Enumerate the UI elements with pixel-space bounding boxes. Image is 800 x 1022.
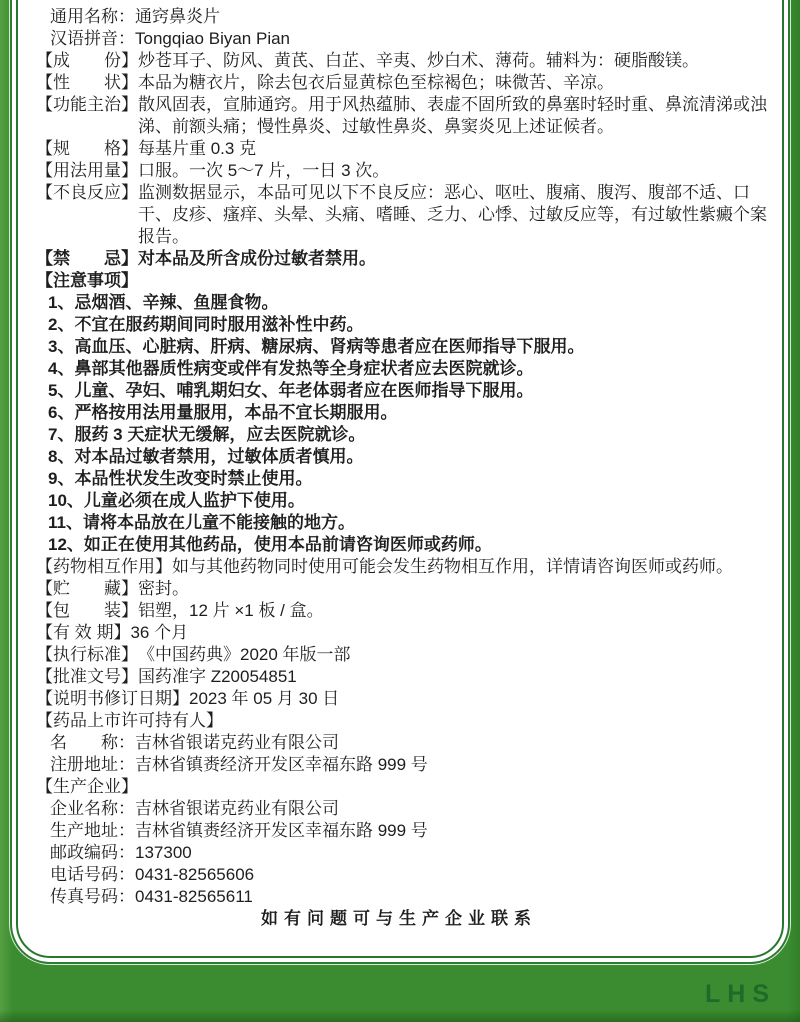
leaflet-page: { "colors": { "page_green": "#3b8c30", "… [0,0,800,1022]
precaution-item-7: 7、服药 3 天症状无缓解，应去医院就诊。 [36,424,768,446]
row-text: 吉林省镇赉经济开发区幸福东路 999 号 [135,820,768,842]
manufacturer-name-row: 企业名称：吉林省银诺克药业有限公司 [36,798,768,820]
row-text: 0431-82565606 [135,864,768,886]
precaution-item-10: 10、儿童必须在成人监护下使用。 [36,490,768,512]
row-text: 吉林省镇赉经济开发区幸福东路 999 号 [135,754,768,776]
row-text: 12、如正在使用其他药品，使用本品前请咨询医师或药师。 [48,534,768,556]
row-text: 137300 [135,842,768,864]
row-text: 0431-82565611 [135,886,768,908]
pinyin-row: 汉语拼音：Tongqiao Biyan Pian [36,28,768,50]
row-label: 【生产企业】 [36,776,138,798]
row-text: 6、严格按用法用量服用，本品不宜长期服用。 [48,402,768,424]
package-row: 【包 装】铝塑，12 片 ×1 板 / 盒。 [36,600,768,622]
row-label: 【用法用量】 [36,160,138,182]
precaution-item-11: 11、请将本品放在儿童不能接触的地方。 [36,512,768,534]
row-text: 口服。一次 5～7 片，一日 3 次。 [138,160,768,182]
contraindication-row: 【禁 忌】对本品及所含成份过敏者禁用。 [36,248,768,270]
row-label: 【有 效 期】 [36,622,130,644]
row-text: 7、服药 3 天症状无缓解，应去医院就诊。 [48,424,768,446]
precaution-item-8: 8、对本品过敏者禁用，过敏体质者慎用。 [36,446,768,468]
row-text: 4、鼻部其他器质性病变或伴有发热等全身症状者应去医院就诊。 [48,358,768,380]
precaution-item-3: 3、高血压、心脏病、肝病、糖尿病、肾病等患者应在医师指导下服用。 [36,336,768,358]
standard-row: 【执行标准】《中国药典》2020 年版一部 [36,644,768,666]
row-label: 【执行标准】 [36,644,138,666]
holder-name-row: 名 称：吉林省银诺克药业有限公司 [36,732,768,754]
precaution-item-4: 4、鼻部其他器质性病变或伴有发热等全身症状者应去医院就诊。 [36,358,768,380]
specification-row: 【规 格】每基片重 0.3 克 [36,138,768,160]
row-label: 【包 装】 [36,600,138,622]
row-text: 如有问题可与生产企业联系 [261,909,537,928]
brand-watermark: LHS [705,980,776,1009]
storage-row: 【贮 藏】密封。 [36,578,768,600]
precaution-item-12: 12、如正在使用其他药品，使用本品前请咨询医师或药师。 [36,534,768,556]
row-text: 8、对本品过敏者禁用，过敏体质者慎用。 [48,446,768,468]
dosage-row: 【用法用量】口服。一次 5～7 片，一日 3 次。 [36,160,768,182]
row-label: 【规 格】 [36,138,138,160]
row-label: 传真号码： [50,886,135,908]
row-text: Tongqiao Biyan Pian [135,28,768,50]
revision-date-row: 【说明书修订日期】2023 年 05 月 30 日 [36,688,768,710]
precaution-item-9: 9、本品性状发生改变时禁止使用。 [36,468,768,490]
row-text: 1、忌烟酒、辛辣、鱼腥食物。 [48,292,768,314]
precaution-item-2: 2、不宜在服药期间同时服用滋补性中药。 [36,314,768,336]
row-label: 【性 状】 [36,72,138,94]
indications-row: 【功能主治】散风固表，宣肺通窍。用于风热蕴肺、表虚不固所致的鼻塞时轻时重、鼻流清… [36,94,768,138]
row-text: 《中国药典》2020 年版一部 [138,644,768,666]
postal-code-row: 邮政编码：137300 [36,842,768,864]
adverse-reactions-row: 【不良反应】监测数据显示，本品可见以下不良反应：恶心、呕吐、腹痛、腹泻、腹部不适… [36,182,768,248]
row-label: 【功能主治】 [36,94,138,116]
row-text: 5、儿童、孕妇、哺乳期妇女、年老体弱者应在医师指导下服用。 [48,380,768,402]
row-label: 邮政编码： [50,842,135,864]
fax-row: 传真号码：0431-82565611 [36,886,768,908]
drug-interactions-row: 【药物相互作用】如与其他药物同时使用可能会发生药物相互作用，详情请咨询医师或药师… [36,556,768,578]
row-label: 名 称： [50,732,135,754]
row-text: 9、本品性状发生改变时禁止使用。 [48,468,768,490]
row-text: 监测数据显示，本品可见以下不良反应：恶心、呕吐、腹痛、腹泻、腹部不适、口干、皮疹… [138,182,768,248]
row-text: 对本品及所含成份过敏者禁用。 [138,248,768,270]
row-label: 生产地址： [50,820,135,842]
holder-address-row: 注册地址：吉林省镇赉经济开发区幸福东路 999 号 [36,754,768,776]
manufacturer-header-row: 【生产企业】 [36,776,768,798]
precaution-item-5: 5、儿童、孕妇、哺乳期妇女、年老体弱者应在医师指导下服用。 [36,380,768,402]
row-label: 【不良反应】 [36,182,138,204]
row-text: 10、儿童必须在成人监护下使用。 [48,490,768,512]
precautions-header-row: 【注意事项】 [36,270,768,292]
row-text: 国药准字 Z20054851 [138,666,768,688]
character-row: 【性 状】本品为糖衣片，除去包衣后显黄棕色至棕褐色；味微苦、辛凉。 [36,72,768,94]
row-label: 通用名称： [50,6,135,28]
row-text: 炒苍耳子、防风、黄芪、白芷、辛夷、炒白术、薄荷。辅料为：硬脂酸镁。 [138,50,768,72]
phone-row: 电话号码：0431-82565606 [36,864,768,886]
manufacturer-address-row: 生产地址：吉林省镇赉经济开发区幸福东路 999 号 [36,820,768,842]
ingredients-row: 【成 份】炒苍耳子、防风、黄芪、白芷、辛夷、炒白术、薄荷。辅料为：硬脂酸镁。 [36,50,768,72]
precaution-item-1: 1、忌烟酒、辛辣、鱼腥食物。 [36,292,768,314]
row-text: 3、高血压、心脏病、肝病、糖尿病、肾病等患者应在医师指导下服用。 [48,336,768,358]
row-label: 【成 份】 [36,50,138,72]
row-label: 【药物相互作用】 [36,556,172,578]
row-label: 【禁 忌】 [36,248,138,270]
row-label: 【说明书修订日期】 [36,688,189,710]
row-text: 吉林省银诺克药业有限公司 [135,798,768,820]
row-label: 企业名称： [50,798,135,820]
precaution-item-6: 6、严格按用法用量服用，本品不宜长期服用。 [36,402,768,424]
row-text: 2、不宜在服药期间同时服用滋补性中药。 [48,314,768,336]
row-text: 吉林省银诺克药业有限公司 [135,732,768,754]
row-text: 如与其他药物同时使用可能会发生药物相互作用，详情请咨询医师或药师。 [172,556,768,578]
row-label: 【批准文号】 [36,666,138,688]
row-text: 本品为糖衣片，除去包衣后显黄棕色至棕褐色；味微苦、辛凉。 [138,72,768,94]
row-text: 36 个月 [130,622,768,644]
row-text: 通窍鼻炎片 [135,6,768,28]
approval-number-row: 【批准文号】国药准字 Z20054851 [36,666,768,688]
row-text: 密封。 [138,578,768,600]
row-text: 每基片重 0.3 克 [138,138,768,160]
row-text: 铝塑，12 片 ×1 板 / 盒。 [138,600,768,622]
leaflet-body: 通用名称：通窍鼻炎片汉语拼音：Tongqiao Biyan Pian【成 份】炒… [18,0,782,930]
contact-note-row: 如有问题可与生产企业联系 [36,908,768,930]
validity-row: 【有 效 期】36 个月 [36,622,768,644]
row-label: 汉语拼音： [50,28,135,50]
row-label: 注册地址： [50,754,135,776]
generic-name-row: 通用名称：通窍鼻炎片 [36,6,768,28]
row-label: 【贮 藏】 [36,578,138,600]
row-text: 2023 年 05 月 30 日 [189,688,768,710]
row-text: 11、请将本品放在儿童不能接触的地方。 [48,512,768,534]
row-label: 【注意事项】 [36,270,138,292]
row-label: 电话号码： [50,864,135,886]
row-label: 【药品上市许可持有人】 [36,710,223,732]
row-text: 散风固表，宣肺通窍。用于风热蕴肺、表虚不固所致的鼻塞时轻时重、鼻流清涕或浊涕、前… [138,94,768,138]
license-holder-header-row: 【药品上市许可持有人】 [36,710,768,732]
leaflet-sheet: 通用名称：通窍鼻炎片汉语拼音：Tongqiao Biyan Pian【成 份】炒… [16,0,784,958]
